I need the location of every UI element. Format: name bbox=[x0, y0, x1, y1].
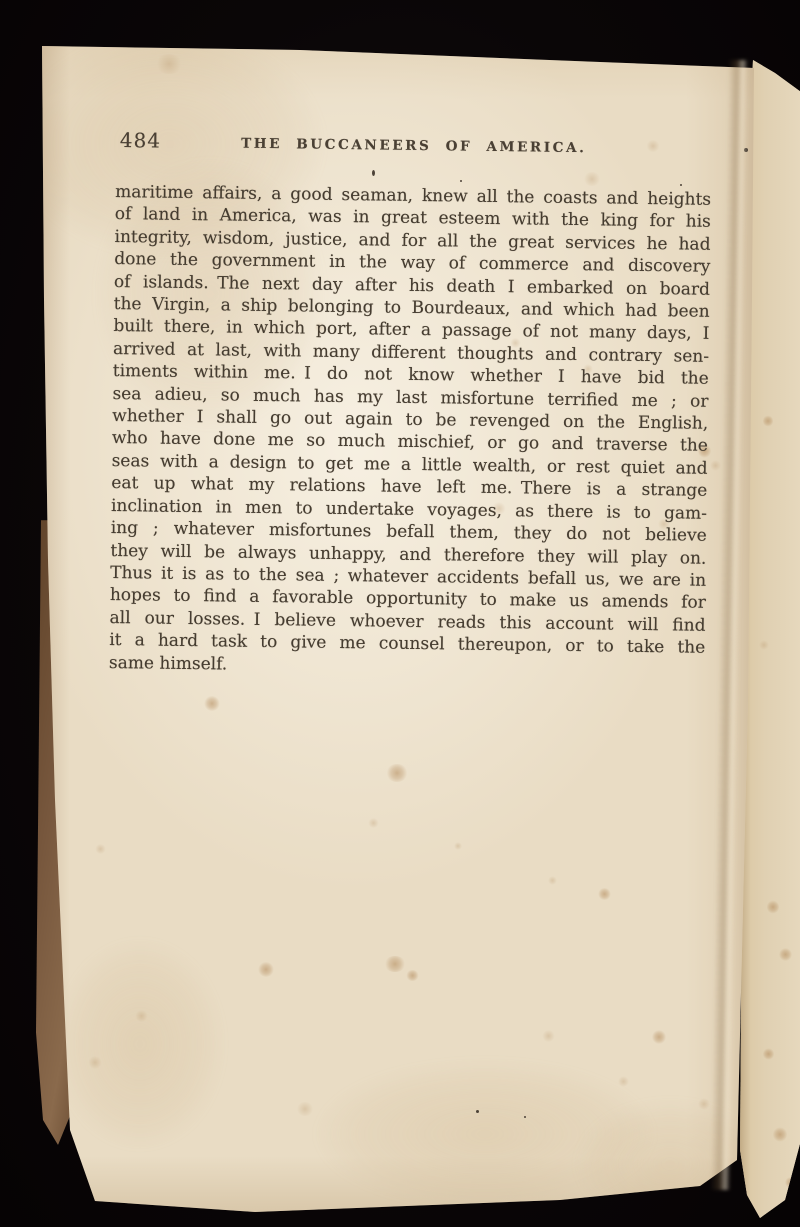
foxing-spot bbox=[598, 888, 611, 900]
foxing-spot bbox=[759, 640, 769, 650]
foxing-spot bbox=[652, 1030, 666, 1044]
foxing-spot bbox=[155, 54, 183, 74]
foxing-spot bbox=[95, 844, 106, 854]
foxing-spot bbox=[773, 1127, 787, 1142]
foxing-spot bbox=[763, 415, 773, 427]
foxing-spot bbox=[542, 1030, 555, 1042]
foxing-spot bbox=[763, 1048, 774, 1060]
foxing-spot bbox=[710, 460, 721, 471]
water-stain bbox=[60, 944, 220, 1144]
running-header: THE BUCCANEERS OF AMERICA. bbox=[116, 134, 712, 158]
foxing-spot bbox=[204, 696, 220, 711]
foxing-spot bbox=[785, 1177, 796, 1188]
foxing-spot bbox=[779, 948, 792, 961]
foxing-spot bbox=[767, 900, 779, 914]
ink-speck bbox=[524, 1116, 526, 1118]
foxing-spot bbox=[386, 764, 408, 782]
ink-speck bbox=[476, 1110, 479, 1113]
water-stain bbox=[580, 1104, 760, 1224]
foxing-spot bbox=[258, 962, 274, 977]
foxing-spot bbox=[548, 876, 557, 885]
foxing-spot bbox=[406, 970, 419, 981]
foxing-spot bbox=[618, 1076, 629, 1087]
body-text: maritime affairs, a good seaman, knew al… bbox=[109, 181, 711, 682]
foxing-spot bbox=[88, 1056, 102, 1069]
foxing-spot bbox=[368, 818, 379, 828]
foxing-spot bbox=[698, 1098, 710, 1110]
foxing-spot bbox=[356, 32, 370, 44]
book-photo: 484 THE BUCCANEERS OF AMERICA. maritime … bbox=[0, 0, 800, 1227]
foxing-spot bbox=[454, 842, 462, 850]
foxing-spot bbox=[296, 1102, 314, 1116]
foxing-spot bbox=[135, 1010, 148, 1022]
page-text: 484 THE BUCCANEERS OF AMERICA. maritime … bbox=[109, 128, 712, 682]
foxing-spot bbox=[384, 956, 406, 972]
